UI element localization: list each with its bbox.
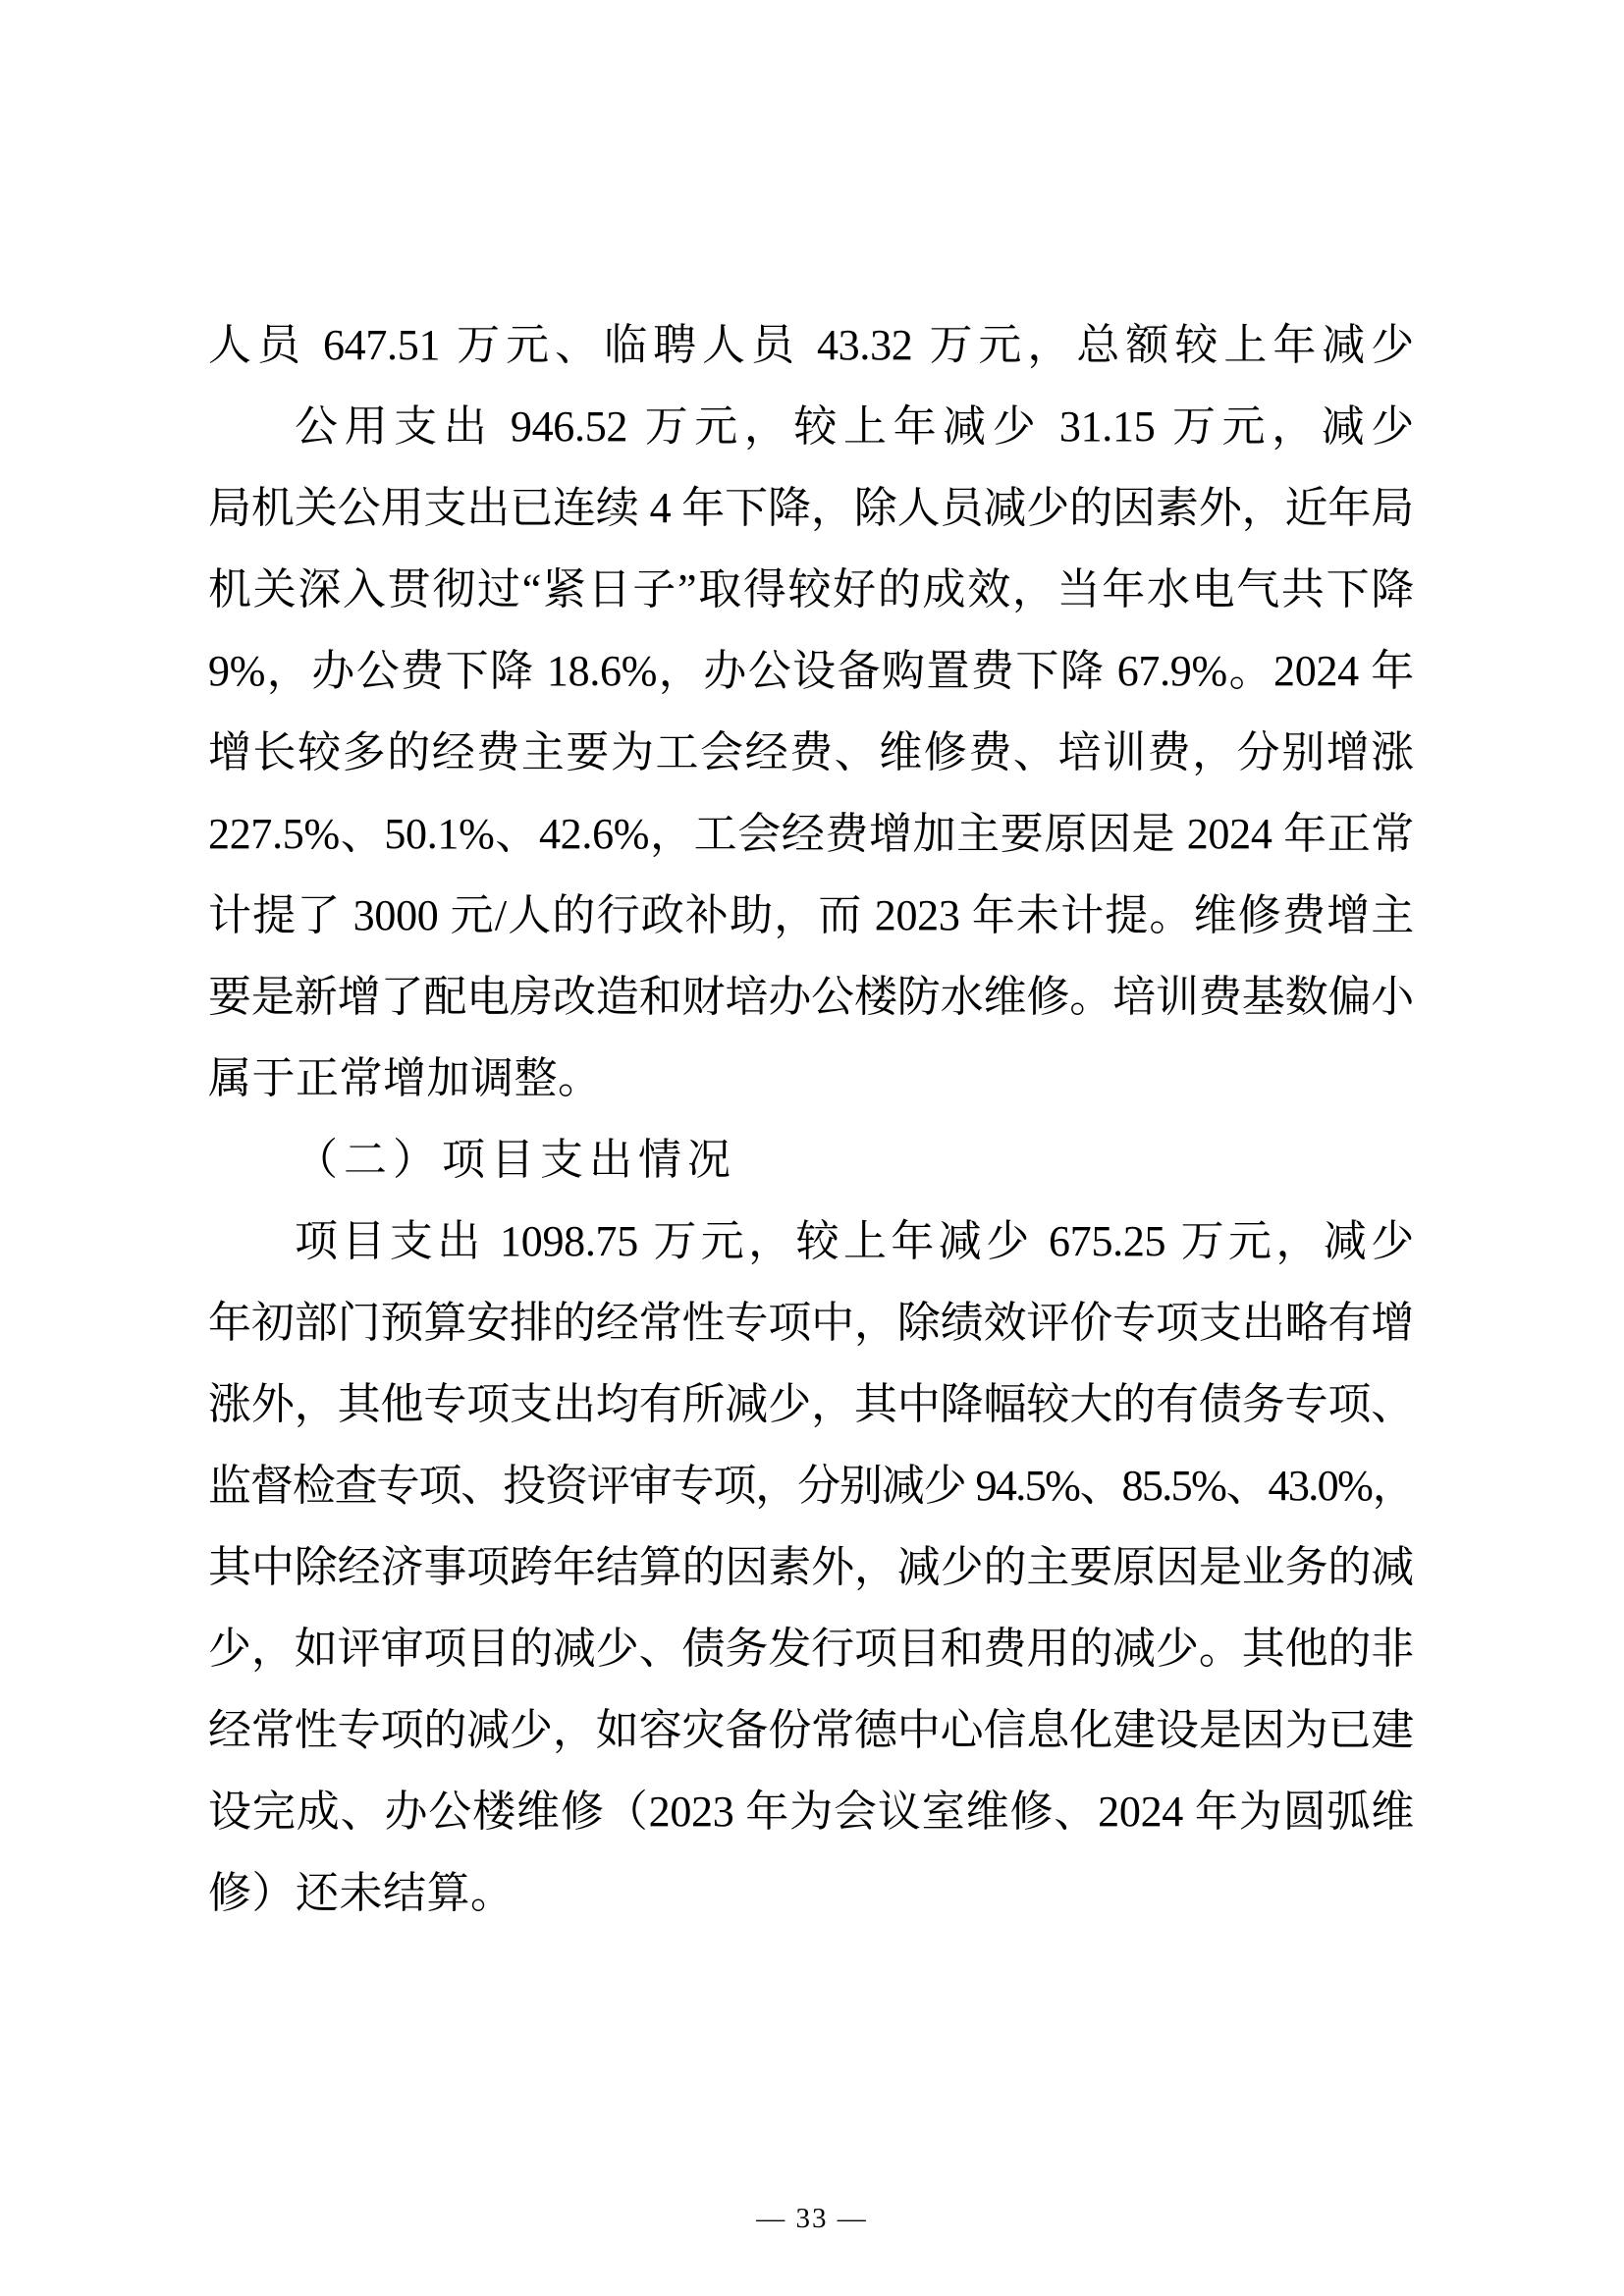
text-line: 监督检查专项、投资评审专项，分别减少 94.5%、85.5%、43.0%， xyxy=(208,1445,1414,1526)
text-line: 要是新增了配电房改造和财培办公楼防水维修。培训费基数偏小 xyxy=(208,956,1414,1038)
page-number: — 33 — xyxy=(756,2203,868,2234)
text-line: 年初部门预算安排的经常性专项中，除绩效评价专项支出略有增 xyxy=(208,1282,1414,1363)
text-line: 经常性专项的减少，如容灾备份常德中心信息化建设是因为已建 xyxy=(208,1689,1414,1771)
text-line: 机关深入贯彻过“紧日子”取得较好的成效，当年水电气共下降 xyxy=(208,549,1414,630)
page-footer: — 33 — xyxy=(0,2199,1624,2238)
text-line: 属于正常增加调整。 xyxy=(208,1038,1414,1119)
text-line: 修）还未结算。 xyxy=(208,1852,1414,1934)
text-line: 人员 647.51 万元、临聘人员 43.32 万元，总额较上年减少 4.2%。 xyxy=(208,304,1414,386)
text-line: 涨外，其他专项支出均有所减少，其中降幅较大的有债务专项、 xyxy=(208,1363,1414,1445)
document-body: 人员 647.51 万元、临聘人员 43.32 万元，总额较上年减少 4.2%。… xyxy=(208,304,1414,1934)
document-page: 人员 647.51 万元、临聘人员 43.32 万元，总额较上年减少 4.2%。… xyxy=(0,0,1624,2296)
text-line: 9%，办公费下降 18.6%，办公设备购置费下降 67.9%。2024 年 xyxy=(208,630,1414,712)
text-line: 少，如评审项目的减少、债务发行项目和费用的减少。其他的非 xyxy=(208,1608,1414,1689)
section-heading: （二）项目支出情况 xyxy=(208,1119,1414,1201)
text-line: 其中除经济事项跨年结算的因素外，减少的主要原因是业务的减 xyxy=(208,1526,1414,1608)
text-line: 项目支出 1098.75 万元，较上年减少 675.25 万元，减少 38%。 xyxy=(208,1201,1414,1282)
text-line: 增长较多的经费主要为工会经费、维修费、培训费，分别增涨 xyxy=(208,712,1414,793)
text-line: 设完成、办公楼维修（2023 年为会议室维修、2024 年为圆弧维 xyxy=(208,1771,1414,1852)
text-line: 计提了 3000 元/人的行政补助，而 2023 年未计提。维修费增主 xyxy=(208,875,1414,956)
text-line: 227.5%、50.1%、42.6%，工会经费增加主要原因是 2024 年正常 xyxy=(208,793,1414,875)
text-line: 局机关公用支出已连续 4 年下降，除人员减少的因素外，近年局 xyxy=(208,467,1414,549)
text-line: 公用支出 946.52 万元，较上年减少 31.15 万元，减少 3.1%， xyxy=(208,386,1414,467)
